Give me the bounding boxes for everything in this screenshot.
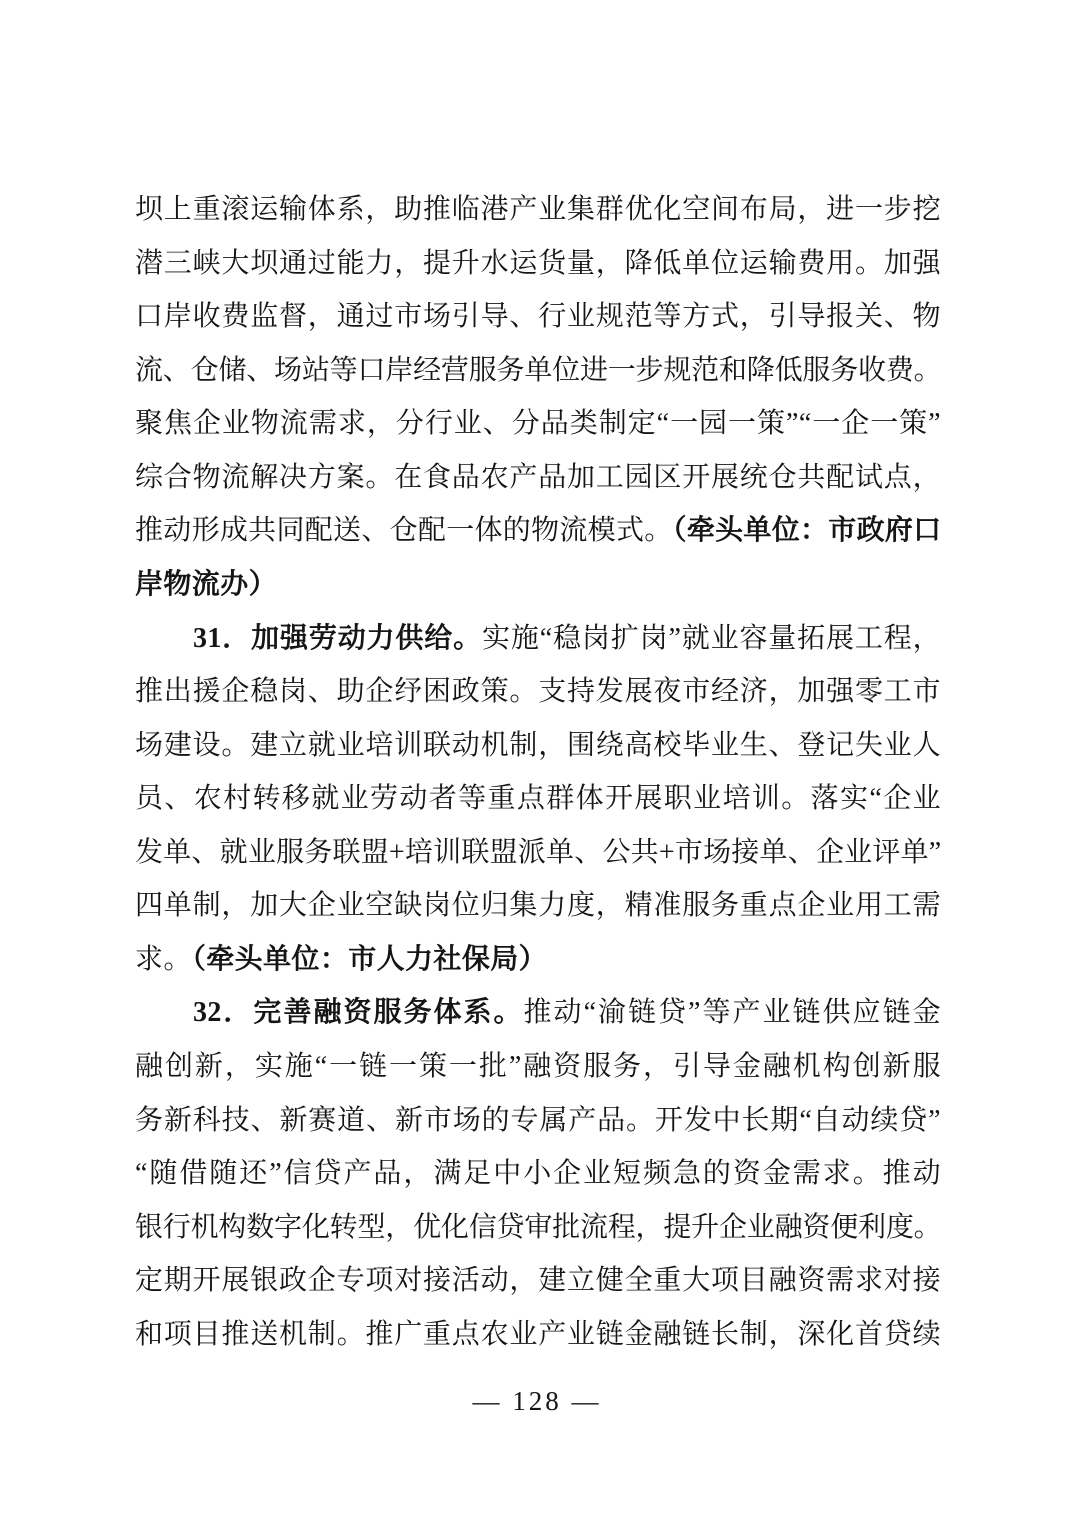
text-segment: 潜三峡大坝通过能力，提升水运货量，降低单位运输费用。加强	[135, 248, 941, 279]
text-segment: 31．加强劳动力供给。	[193, 623, 482, 654]
text-line: 融创新，实施“一链一策一批”融资服务，引导金融机构创新服	[135, 1040, 941, 1094]
text-line: 和项目推送机制。推广重点农业产业链金融链长制，深化首贷续	[135, 1308, 941, 1362]
text-segment: 银行机构数字化转型，优化信贷审批流程，提升企业融资便利度。	[135, 1212, 941, 1243]
text-segment: 实施“稳岗扩岗”就业容量拓展工程，	[482, 623, 941, 654]
document-body: 坝上重滚运输体系，助推临港产业集群优化空间布局，进一步挖潜三峡大坝通过能力，提升…	[135, 183, 941, 1361]
text-segment: “随借随还”信贷产品，满足中小企业短频急的资金需求。推动	[135, 1158, 941, 1189]
text-segment: 场建设。建立就业培训联动机制，围绕高校毕业生、登记失业人	[135, 730, 941, 761]
text-segment: 口岸收费监督，通过市场引导、行业规范等方式，引导报关、物	[135, 301, 941, 332]
text-line: 聚焦企业物流需求，分行业、分品类制定“一园一策”“一企一策”	[135, 397, 941, 451]
text-segment: 推出援企稳岗、助企纾困政策。支持发展夜市经济，加强零工市	[135, 676, 941, 707]
text-line: 综合物流解决方案。在食品农产品加工园区开展统仓共配试点，	[135, 451, 941, 505]
text-line: 32．完善融资服务体系。推动“渝链贷”等产业链供应链金	[135, 986, 941, 1040]
text-segment: 发单、就业服务联盟+培训联盟派单、公共+市场接单、企业评单”	[135, 837, 941, 868]
document-page: 坝上重滚运输体系，助推临港产业集群优化空间布局，进一步挖潜三峡大坝通过能力，提升…	[0, 0, 1074, 1520]
text-segment: 推动“渝链贷”等产业链供应链金	[524, 997, 941, 1028]
text-segment: 融创新，实施“一链一策一批”融资服务，引导金融机构创新服	[135, 1051, 941, 1082]
text-line: 银行机构数字化转型，优化信贷审批流程，提升企业融资便利度。	[135, 1201, 941, 1255]
text-segment: 四单制，加大企业空缺岗位归集力度，精准服务重点企业用工需	[135, 890, 941, 921]
text-segment: 坝上重滚运输体系，助推临港产业集群优化空间布局，进一步挖	[135, 194, 941, 225]
text-line: 定期开展银政企专项对接活动，建立健全重大项目融资需求对接	[135, 1254, 941, 1308]
text-line: 推动形成共同配送、仓配一体的物流模式。（牵头单位：市政府口	[135, 504, 941, 558]
text-line: “随借随还”信贷产品，满足中小企业短频急的资金需求。推动	[135, 1147, 941, 1201]
text-line: 场建设。建立就业培训联动机制，围绕高校毕业生、登记失业人	[135, 719, 941, 773]
text-segment: 综合物流解决方案。在食品农产品加工园区开展统仓共配试点，	[135, 462, 941, 493]
text-segment: 推动形成共同配送、仓配一体的物流模式。	[135, 515, 673, 546]
text-line: 坝上重滚运输体系，助推临港产业集群优化空间布局，进一步挖	[135, 183, 941, 237]
text-line: 岸物流办）	[135, 558, 941, 612]
text-line: 员、农村转移就业劳动者等重点群体开展职业培训。落实“企业	[135, 772, 941, 826]
text-line: 31．加强劳动力供给。实施“稳岗扩岗”就业容量拓展工程，	[135, 612, 941, 666]
text-segment: 和项目推送机制。推广重点农业产业链金融链长制，深化首贷续	[135, 1319, 941, 1350]
text-segment: 求。	[135, 944, 192, 975]
text-line: 求。（牵头单位：市人力社保局）	[135, 933, 941, 987]
text-line: 推出援企稳岗、助企纾困政策。支持发展夜市经济，加强零工市	[135, 665, 941, 719]
text-line: 口岸收费监督，通过市场引导、行业规范等方式，引导报关、物	[135, 290, 941, 344]
text-line: 流、仓储、场站等口岸经营服务单位进一步规范和降低服务收费。	[135, 344, 941, 398]
text-segment: 务新科技、新赛道、新市场的专属产品。开发中长期“自动续贷”	[135, 1105, 941, 1136]
text-segment: 流、仓储、场站等口岸经营服务单位进一步规范和降低服务收费。	[135, 355, 941, 386]
text-line: 四单制，加大企业空缺岗位归集力度，精准服务重点企业用工需	[135, 879, 941, 933]
page-number: — 128 —	[0, 1386, 1074, 1417]
text-segment: （牵头单位：市政府口	[673, 515, 941, 546]
text-segment: 岸物流办）	[135, 569, 277, 600]
text-line: 发单、就业服务联盟+培训联盟派单、公共+市场接单、企业评单”	[135, 826, 941, 880]
text-segment: 聚焦企业物流需求，分行业、分品类制定“一园一策”“一企一策”	[135, 408, 941, 439]
text-line: 潜三峡大坝通过能力，提升水运货量，降低单位运输费用。加强	[135, 237, 941, 291]
text-segment: 32．完善融资服务体系。	[193, 997, 524, 1028]
text-segment: （牵头单位：市人力社保局）	[192, 944, 547, 975]
text-segment: 员、农村转移就业劳动者等重点群体开展职业培训。落实“企业	[135, 783, 941, 814]
text-line: 务新科技、新赛道、新市场的专属产品。开发中长期“自动续贷”	[135, 1094, 941, 1148]
text-segment: 定期开展银政企专项对接活动，建立健全重大项目融资需求对接	[135, 1265, 941, 1296]
